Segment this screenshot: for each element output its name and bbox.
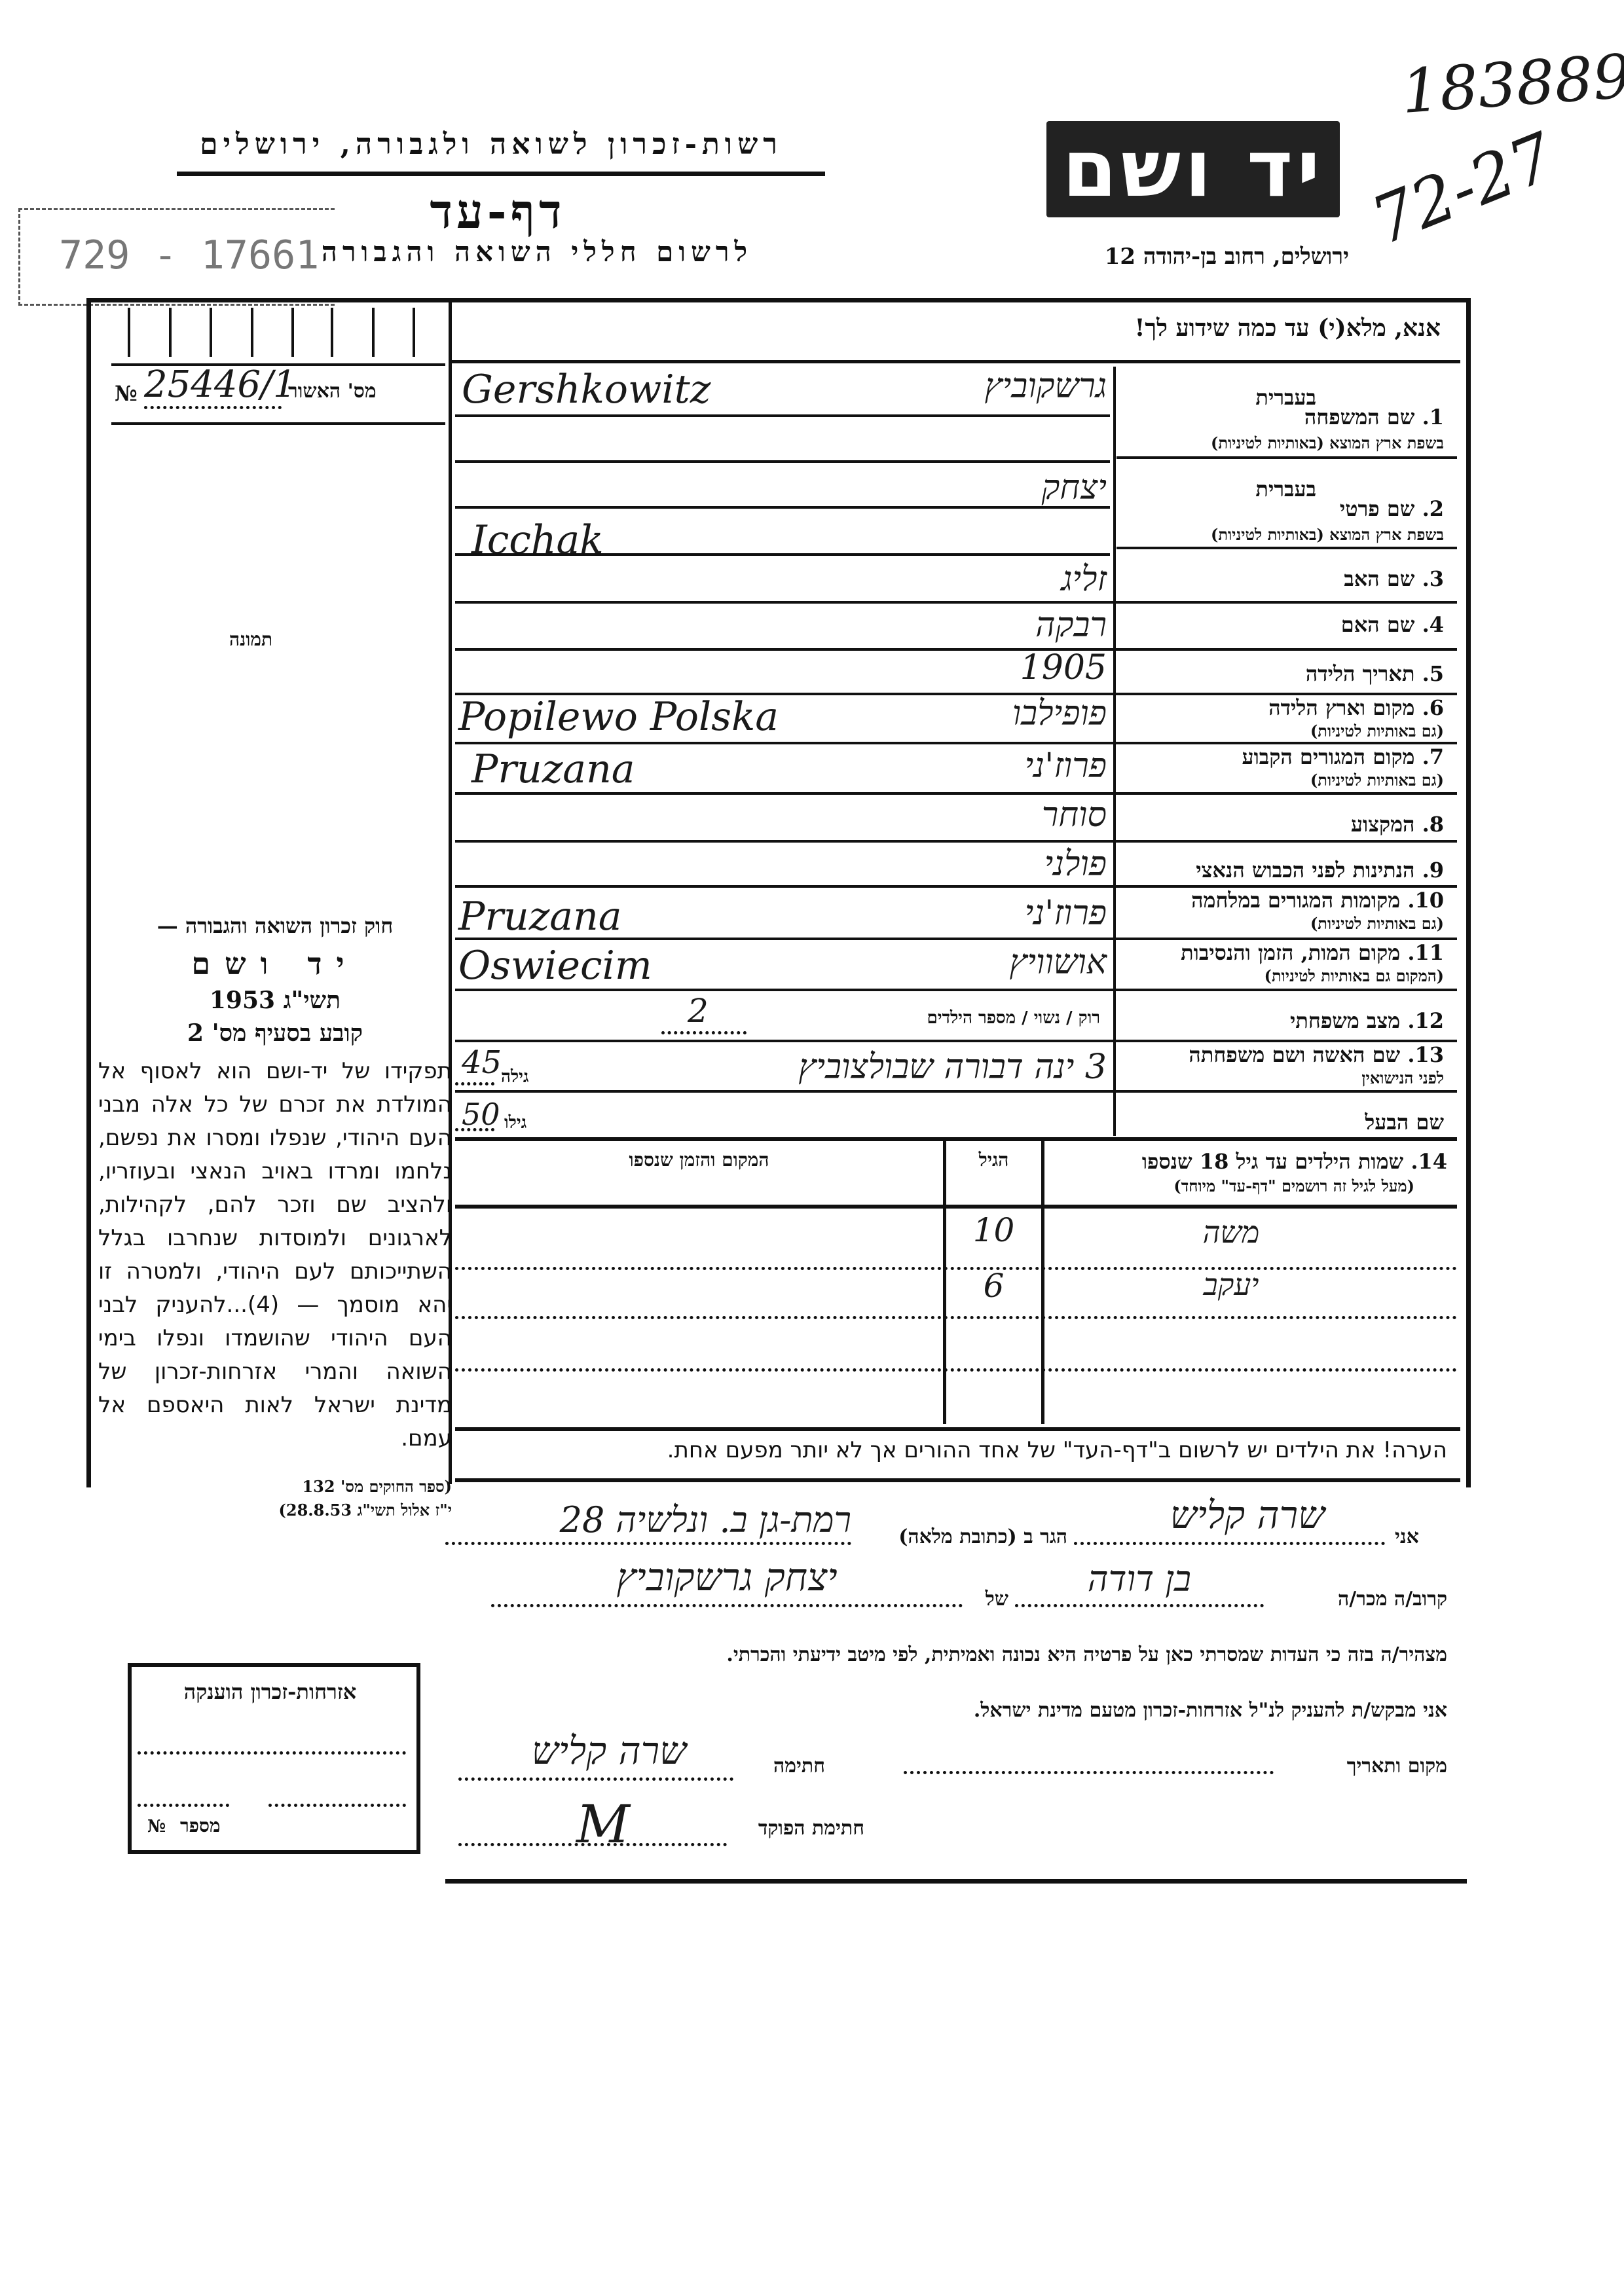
comb-tick	[372, 308, 375, 357]
law-yad-vashem: יד ושם	[98, 946, 452, 981]
citizenship-number-label: מספר	[180, 1815, 221, 1837]
children-count-dotted-line	[661, 1031, 747, 1034]
row-divider	[455, 989, 1457, 991]
child-name[interactable]: משה	[1048, 1214, 1414, 1250]
relation-of-value[interactable]: יצחק גרשקוביץ	[498, 1555, 956, 1599]
children-count-value[interactable]: 2	[688, 992, 709, 1030]
form-subtitle: לרשום חללי השואה והגבורה	[255, 236, 819, 268]
husband-name-label: שם הבעל	[1365, 1110, 1444, 1135]
surname-hebrew-value[interactable]: גרשקוביץ	[825, 367, 1107, 406]
row-divider	[455, 601, 1457, 604]
law-year: תשי"ג 1953	[98, 987, 452, 1014]
faded-stamp-number: 729 - 17661	[59, 232, 319, 278]
place-date-dotted-line	[904, 1771, 1274, 1774]
comb-tick	[210, 308, 212, 357]
field-5-label: 5. תאריך הלידה	[1306, 661, 1444, 686]
declaration-statement: מצהיר/ה בזה כי העדות שמסרתי כאן על פרטיה…	[458, 1643, 1447, 1666]
citizenship-number-symbol: №	[147, 1817, 166, 1836]
law-excerpt: חוק זכרון השואה והגבורה — יד ושם תשי"ג 1…	[98, 913, 452, 1522]
relation-of-dotted-line	[491, 1604, 963, 1607]
husband-age-dotted-line	[455, 1128, 494, 1131]
law-section: קובע בסעיף מס' 2	[98, 1019, 452, 1047]
signature-dotted-line	[458, 1777, 733, 1781]
col-place-time-header: המקום והזמן שנספו	[458, 1149, 940, 1171]
law-citation-1: (ספר החוקים מס' 132	[98, 1475, 452, 1499]
law-heading: חוק זכרון השואה והגבורה —	[98, 913, 452, 938]
field-13-label: 13. שם האשה ושם משפחתה	[1189, 1042, 1444, 1067]
wife-name-value[interactable]: 3 ינה דבורה שבולצוביץ	[563, 1048, 1107, 1087]
row-divider	[455, 1090, 1457, 1093]
field-6-sublabel: (גם באותיות לטיניות)	[1310, 721, 1444, 741]
handwritten-reference-number: 183889	[1399, 41, 1624, 127]
child-age[interactable]: 10	[950, 1211, 1038, 1249]
table-col-divider	[1041, 1139, 1044, 1424]
number-symbol: №	[115, 381, 138, 406]
children-note: הערה! את הילדים יש לרשום ב"דף-העד" של אח…	[471, 1437, 1447, 1463]
husband-age-label: גילו	[504, 1113, 526, 1133]
field-6-label: 6. מקום וארץ הלידה	[1268, 695, 1444, 720]
row-divider	[455, 840, 1457, 843]
field-11-sublabel: (המקום גם באותיות לטיניות)	[1264, 966, 1444, 986]
death-place-hebrew-value[interactable]: אושוויץ	[904, 943, 1107, 982]
death-place-latin-value[interactable]: Oswiecim	[458, 943, 652, 989]
husband-age-value[interactable]: 50	[462, 1097, 500, 1132]
row-divider	[1116, 456, 1457, 459]
table-header-divider	[455, 1205, 1457, 1209]
field-1-label: 1. שם המשפחה	[1304, 405, 1444, 429]
relation-dotted-line	[1015, 1604, 1264, 1607]
place-date-label: מקום ותאריך	[1283, 1755, 1447, 1777]
children-subtitle: (מעל לגיל זה רושמים "דף-עד" מיוחד)	[1048, 1176, 1414, 1196]
law-body: תפקידו של יד-ושם הוא לאסוף אל המולדת את …	[98, 1055, 452, 1455]
wartime-residence-hebrew-value[interactable]: פרוז'ני	[904, 894, 1107, 933]
signature-label: חתימה	[760, 1755, 825, 1777]
field-7-label: 7. מקום המגורים הקבוע	[1242, 744, 1444, 769]
field-3-label: 3. שם האב	[1344, 566, 1444, 591]
field-10-label: 10. מקומות המגורים במלחמה	[1191, 888, 1444, 913]
mother-name-value[interactable]: רבקה	[825, 606, 1107, 645]
line	[455, 553, 1110, 556]
comb-tick	[128, 308, 130, 357]
comb-tick	[251, 308, 253, 357]
wife-age-label: גילה	[501, 1067, 529, 1087]
wartime-residence-latin-value[interactable]: Pruzana	[458, 894, 622, 939]
birthplace-hebrew-value[interactable]: פופילבו	[904, 694, 1107, 733]
profession-value[interactable]: סוחר	[904, 795, 1107, 835]
relation-value[interactable]: בן דודה	[1022, 1558, 1257, 1599]
comb-tick	[291, 308, 294, 357]
row-dotted-line	[455, 1368, 1457, 1372]
field-1-sublabel: בשפת ארץ המוצא (באותיות לטיניות)	[1211, 433, 1444, 453]
section-divider	[455, 1478, 1460, 1482]
citizenship-dotted-line	[138, 1751, 406, 1755]
residence-latin-value[interactable]: Pruzana	[471, 746, 635, 792]
field-13-sublabel: לפני הנישואין	[1361, 1068, 1444, 1088]
approval-number-label: מס' האשור	[288, 380, 377, 403]
child-name[interactable]: יעקב	[1048, 1267, 1414, 1302]
table-col-divider	[943, 1139, 946, 1424]
birthplace-latin-value[interactable]: Popilewo Polska	[458, 694, 779, 740]
field-11-label: 11. מקום המות, הזמן והנסיבות	[1181, 940, 1444, 965]
citizenship-number-dotted-line	[138, 1804, 229, 1807]
marital-options: רוק / נשוי / מספר הילדים	[753, 1008, 1100, 1028]
wife-age-dotted-line	[455, 1082, 494, 1085]
handwritten-code: 72-27	[1361, 118, 1565, 259]
field-8-label: 8. המקצוע	[1351, 812, 1444, 837]
photo-label: תמונה	[229, 629, 272, 651]
father-name-value[interactable]: זליג	[825, 560, 1107, 599]
field-7-sublabel: (גם באותיות לטיניות)	[1310, 771, 1444, 790]
line	[455, 506, 1110, 509]
i-label: אני	[1395, 1525, 1419, 1548]
residence-hebrew-value[interactable]: פרוז'ני	[904, 746, 1107, 786]
line	[455, 414, 1110, 417]
surname-latin-value[interactable]: Gershkowitz	[462, 367, 710, 412]
children-title: 14. שמות הילדים עד גיל 18 שנספו	[1048, 1149, 1447, 1174]
child-age[interactable]: 6	[950, 1267, 1038, 1305]
field-4-label: 4. שם האם	[1341, 612, 1444, 637]
bottom-rule	[445, 1879, 1467, 1884]
address-value[interactable]: רמת-גן ב. ונלשיה 28	[327, 1499, 851, 1540]
form-title: דף-עד	[367, 183, 629, 240]
row-dotted-line	[455, 1316, 1457, 1319]
signature-value[interactable]: שרה קליש	[471, 1728, 747, 1773]
address: ירושלים, רחוב בן-יהודה 12	[1061, 244, 1349, 270]
of-label: של	[969, 1588, 1008, 1611]
address-dotted-line	[445, 1542, 851, 1545]
organization-name: רשות-זכרון לשואה ולגבורה, ירושלים	[177, 128, 805, 161]
wife-age-value[interactable]: 45	[462, 1044, 502, 1081]
approval-number-value[interactable]: 25446/1	[144, 363, 297, 406]
citizenship-request: אני מבקש/ת להעניק לנ"ל אזרחות-זכרון מטעם…	[458, 1699, 1447, 1722]
relation-label: קרוב/ה מכר/ה	[1270, 1588, 1447, 1611]
comb-tick	[169, 308, 172, 357]
row-divider	[1116, 547, 1457, 549]
field-2-label: 2. שם פרטי	[1340, 496, 1444, 521]
row-divider	[452, 360, 1460, 363]
nationality-value[interactable]: פולני	[904, 845, 1107, 884]
citizenship-box-title: אזרחות-זכרון הוענקה	[128, 1679, 413, 1704]
approval-bottom-rule	[111, 422, 445, 425]
resides-label: הגר ב (כתובת מלאה)	[858, 1525, 1067, 1548]
firstname-latin-value[interactable]: Icchak	[471, 517, 604, 563]
citizenship-number-dotted-line	[268, 1804, 406, 1807]
hebrew-tag: בעברית	[1255, 477, 1316, 501]
row-divider	[455, 792, 1457, 795]
section-divider	[455, 1137, 1457, 1141]
comb-tick	[331, 308, 333, 357]
approval-dotted-line	[144, 406, 282, 409]
officer-signature-label: חתימת הפוקד	[733, 1817, 864, 1840]
officer-signature-dotted-line	[458, 1843, 727, 1846]
declarant-name-value[interactable]: שרה קליש	[1107, 1493, 1388, 1537]
section-divider	[455, 1427, 1460, 1431]
label-column-divider	[1113, 367, 1116, 1136]
comb-tick	[413, 308, 415, 357]
instruction-text: אנא, מלא(י) עד כמה שידוע לך!	[720, 314, 1441, 342]
logo-text: יד ושם	[1046, 121, 1340, 217]
line	[455, 460, 1110, 463]
field-2-sublabel: בשפת ארץ המוצא (באותיות לטיניות)	[1211, 525, 1444, 545]
declarant-dotted-line	[1074, 1542, 1385, 1545]
firstname-hebrew-value[interactable]: יצחק	[825, 468, 1107, 507]
field-9-label: 9. הנתינות לפני הכבוש הנאצי	[1196, 858, 1444, 883]
field-10-sublabel: (גם באותיות לטיניות)	[1310, 914, 1444, 934]
birth-date-value[interactable]: 1905	[825, 648, 1107, 687]
field-12-label: 12. מצב משפחתי	[1290, 1008, 1444, 1033]
col-age-header: הגיל	[950, 1149, 1038, 1171]
header-divider	[177, 172, 825, 176]
